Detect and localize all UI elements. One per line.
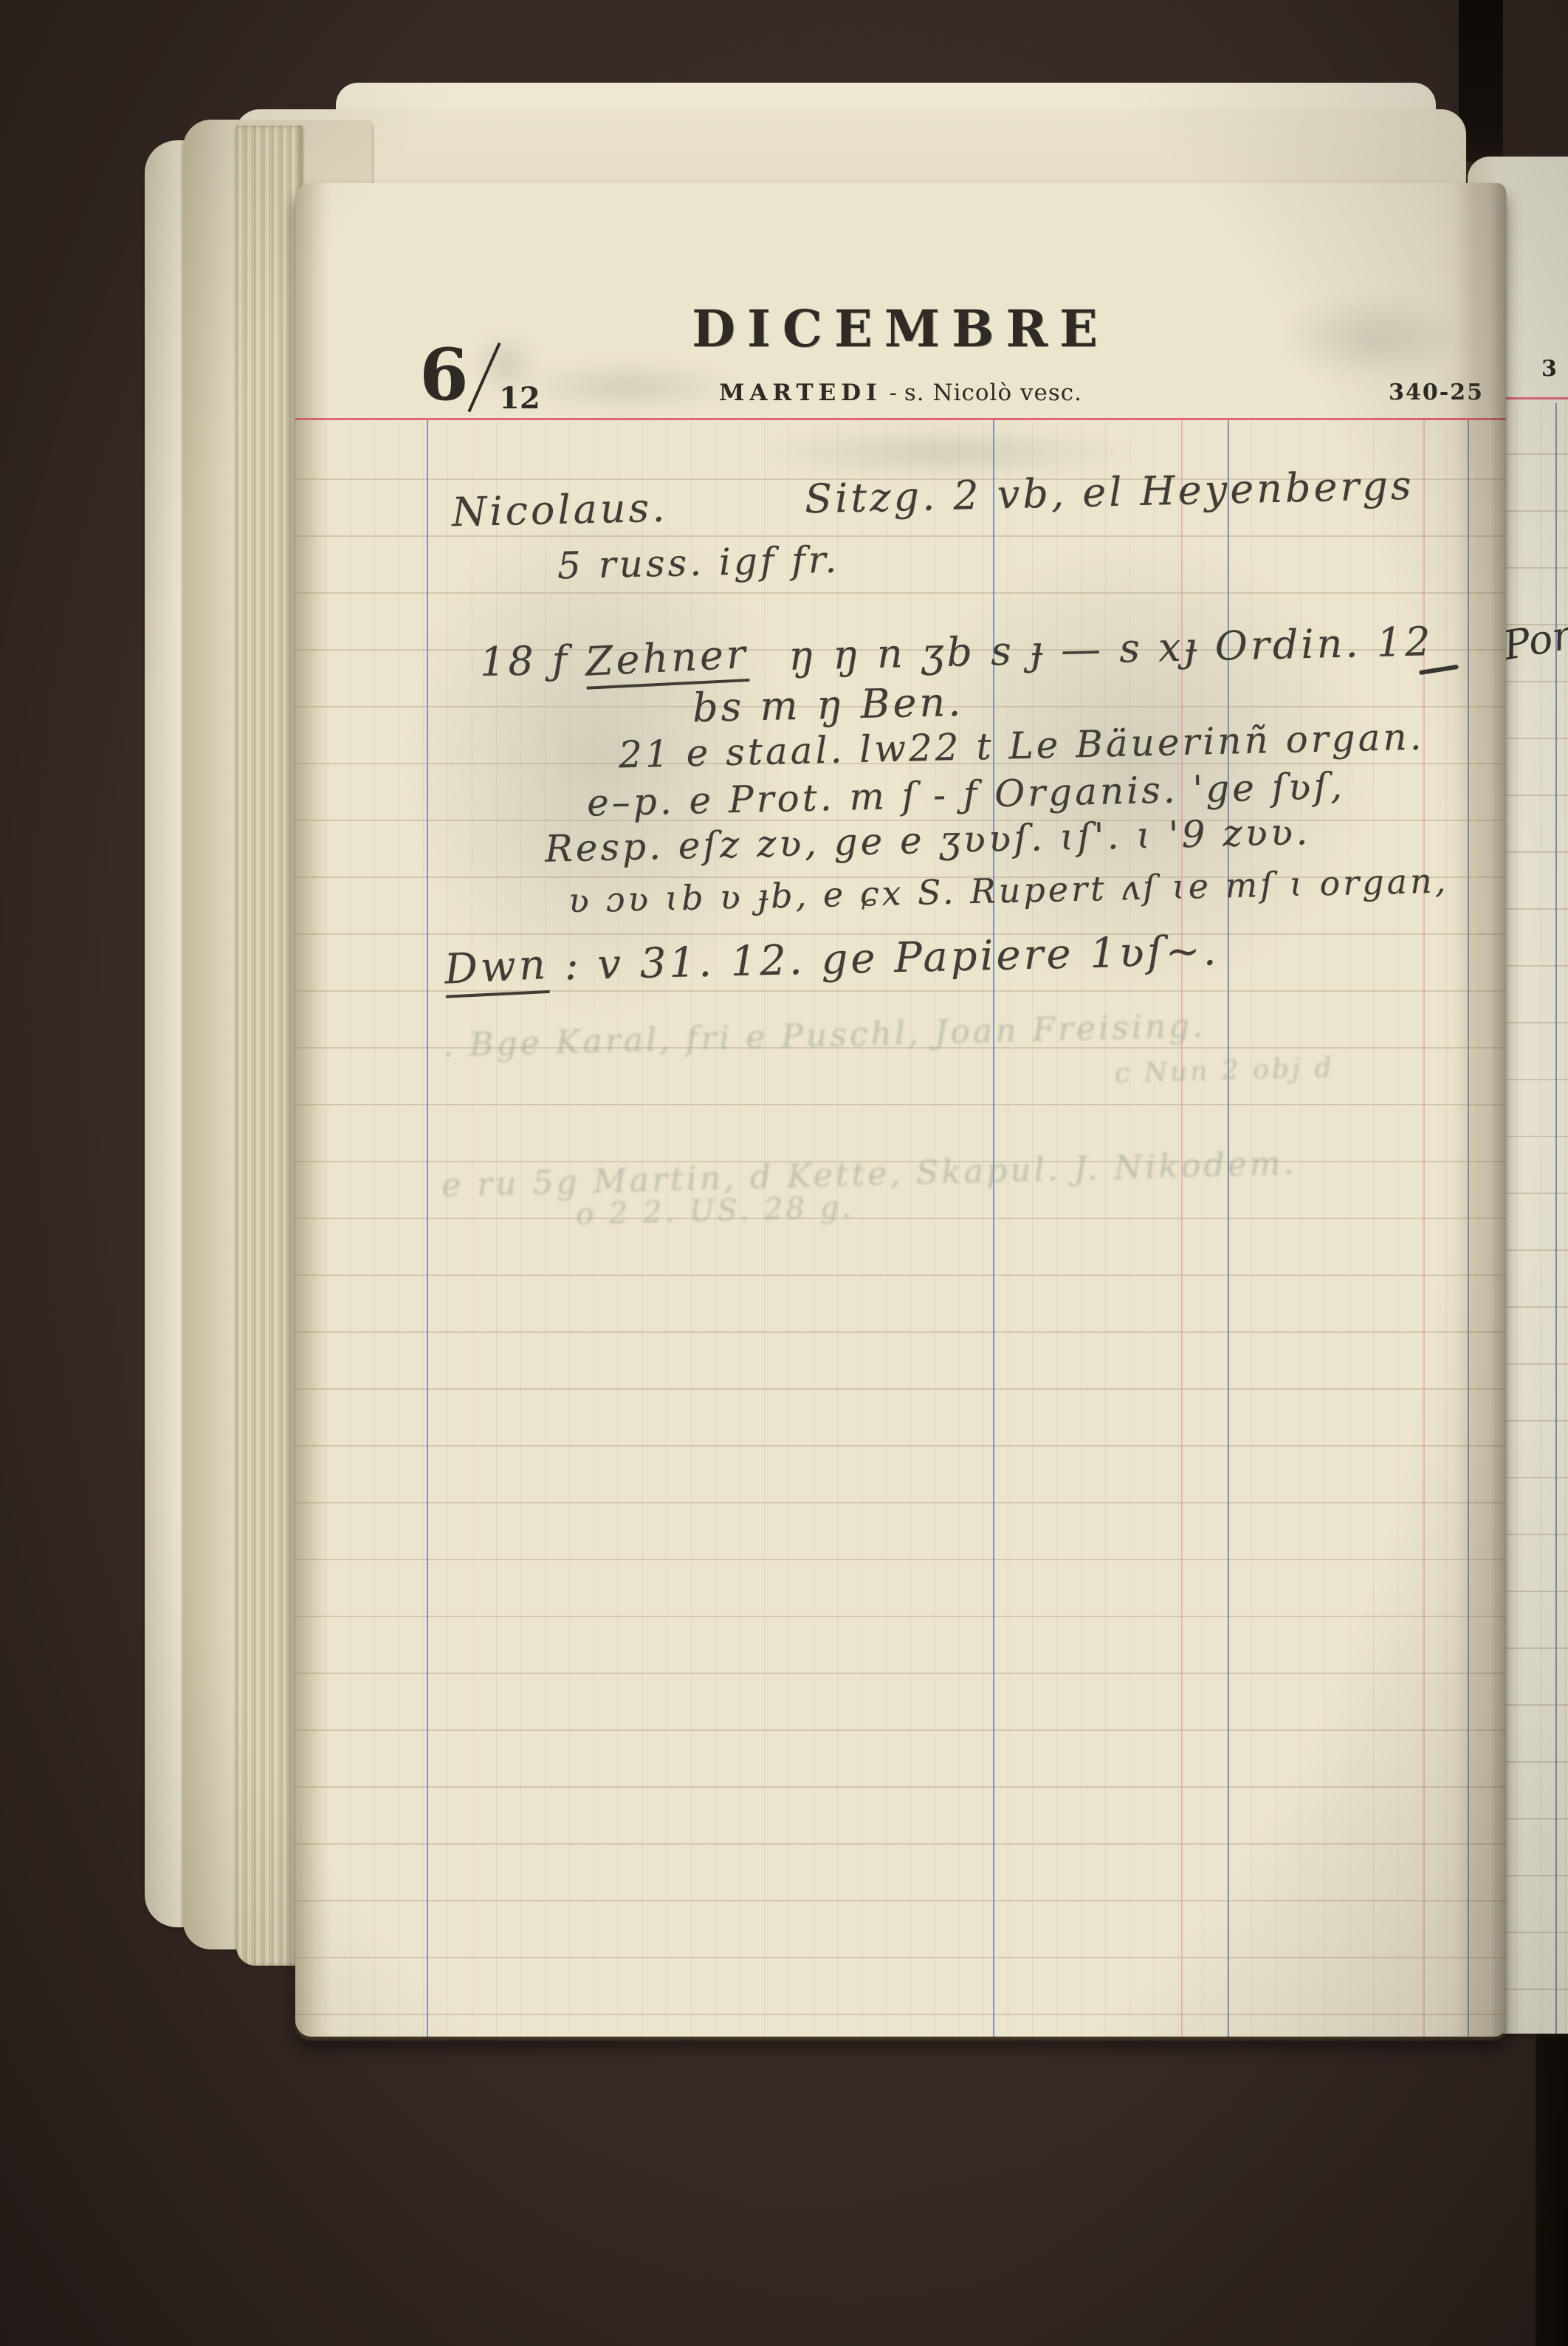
saint-of-day: s. Nicolò vesc.: [904, 380, 1082, 406]
show-through-smudge: [1277, 294, 1469, 383]
handwriting-underlined-zehner: Zehner: [584, 631, 749, 690]
diary-scan: 3 Porf DICEMBRE 6 12 MARTEDI - s. Nicolò…: [0, 0, 1568, 2346]
right-page-number-fragment: 3: [1541, 356, 1558, 382]
handwriting-name: Nicolaus.: [451, 484, 668, 536]
spine-shadow-bottom: [1536, 2028, 1568, 2346]
show-through-smudge: [517, 360, 738, 412]
handwriting-underlined-dwn: Dwn: [443, 941, 549, 998]
gutter-crease-shadow: [1454, 183, 1506, 2037]
handwriting-line3: 18 ƒ Zehner: [479, 633, 749, 690]
handwriting-line3-prefix: 18 ƒ: [479, 637, 585, 685]
page-left-curve-shading: [295, 183, 329, 2037]
weekday-label: MARTEDI: [719, 380, 882, 406]
red-header-rule: [295, 418, 1506, 420]
weekday-separator: -: [882, 380, 904, 406]
handwriting-line4: bs m ŋ Ben.: [692, 679, 964, 731]
diary-page: DICEMBRE 6 12 MARTEDI - s. Nicolò vesc. …: [295, 183, 1506, 2037]
bleed-through-line2: c Nun 2 obj d: [1115, 1053, 1335, 1089]
page-stack-fore-edge: [236, 126, 303, 1966]
handwriting-line2: 5 russ. igf fr.: [557, 538, 839, 588]
